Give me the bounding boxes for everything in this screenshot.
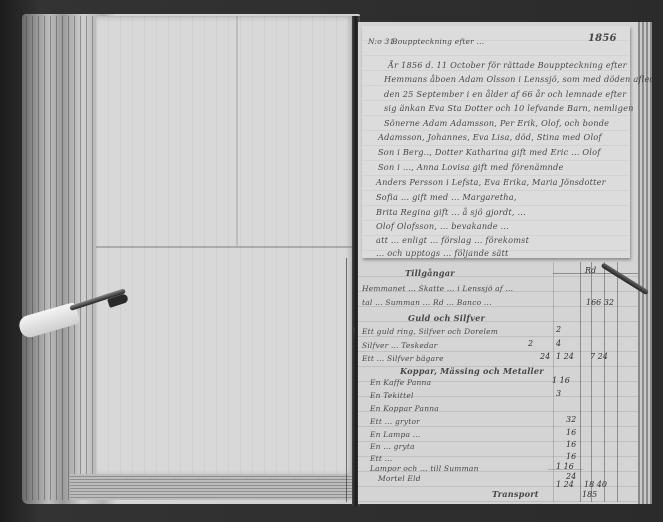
body-line: Son i Berg.., Dotter Katharina gift med … bbox=[378, 145, 600, 160]
ledger-amount: 3 bbox=[556, 389, 561, 398]
page-reference: 1856 bbox=[588, 32, 617, 47]
margin-note: 1 bbox=[352, 327, 356, 335]
ledger-column-line bbox=[617, 262, 618, 502]
ledger-amount: 1 16 bbox=[552, 376, 570, 385]
body-line: Sofia ... gift med ... Margaretha, bbox=[376, 190, 517, 205]
ledger-intro-line: Hemmanet ... Skatte ... i Lenssjö af ... bbox=[362, 282, 513, 297]
ledger-subsection-title: Guld och Silfver bbox=[408, 311, 485, 326]
transport-value: 185 bbox=[582, 490, 597, 499]
body-line: Brita Regina gift ... å sjö gjordt, ... bbox=[376, 205, 526, 220]
ledger-section-title: Tillgångar bbox=[405, 266, 455, 281]
fold-line-vertical bbox=[236, 16, 238, 246]
body-line: den 25 September i en ålder af 66 år och… bbox=[384, 87, 626, 102]
body-line: Sönerne Adam Adamsson, Per Erik, Olof, o… bbox=[384, 116, 609, 131]
body-line: ... och upptogs ... följande sätt bbox=[376, 246, 508, 261]
bottom-page-edges bbox=[70, 474, 356, 500]
ledger-amount: 16 bbox=[566, 440, 576, 449]
ledger-amount: 32 bbox=[566, 415, 576, 424]
body-line: Adamsson, Johannes, Eva Lisa, död, Stina… bbox=[378, 130, 602, 145]
body-line: sig änkan Eva Sta Dotter och 10 lefvande… bbox=[384, 101, 634, 116]
margin-line bbox=[346, 258, 347, 502]
subtotal-rule bbox=[548, 469, 583, 470]
ledger-amount: 7 24 bbox=[590, 352, 608, 361]
ledger-amount: 1 24 bbox=[556, 352, 574, 361]
ledger-amount: 16 bbox=[566, 428, 576, 437]
body-line: År 1856 d. 11 October för rättade Bouppt… bbox=[388, 58, 627, 73]
ledger-amount: 2 bbox=[528, 339, 533, 348]
body-line: Hemmans åboen Adam Olsson i Lenssjö, som… bbox=[384, 72, 655, 87]
ledger-intro-amount: 166 32 bbox=[586, 298, 614, 307]
left-page-blank bbox=[96, 16, 354, 476]
ledger-amount: 16 bbox=[566, 452, 576, 461]
ledger-item: Ett guld ring, Silfver och Dorelem bbox=[362, 325, 498, 340]
ledger-amount: 24 bbox=[540, 352, 550, 361]
right-page-edges bbox=[638, 22, 652, 504]
body-line: Olof Olofsson, ... bevakande ... bbox=[376, 219, 509, 234]
ledger-column-line bbox=[580, 262, 581, 502]
ledger-subtotal: 18 40 bbox=[584, 480, 607, 489]
entry-title: Bouppteckning efter ... bbox=[392, 35, 484, 50]
ledger-subtotal: 1 24 bbox=[556, 480, 574, 489]
ledger-amount: 4 bbox=[556, 339, 561, 348]
ledger-item: Mortel Eld bbox=[378, 472, 421, 487]
body-line: Son i ..., Anna Lovisa gift med förenämn… bbox=[378, 160, 564, 175]
page-edges bbox=[26, 16, 96, 500]
ledger-intro-line: tal ... Summan ... Rd ... Banco ... bbox=[362, 296, 492, 311]
ledger-column-header: Rd bbox=[585, 266, 596, 275]
fold-line-horizontal bbox=[96, 246, 354, 248]
transport-label: Transport bbox=[492, 487, 539, 502]
body-line: Anders Persson i Lefsta, Eva Erika, Mari… bbox=[376, 175, 606, 190]
ledger-amount: 2 bbox=[556, 325, 561, 334]
